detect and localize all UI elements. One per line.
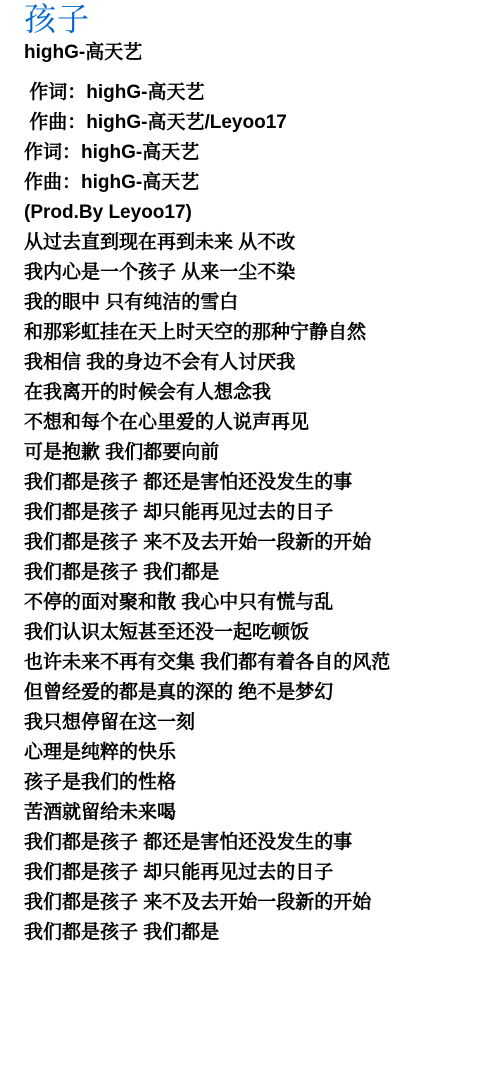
lyric-line: 作曲：highG-高天艺/Leyoo17: [24, 108, 490, 138]
lyric-line: 我只想停留在这一刻: [24, 708, 490, 738]
lyric-line: 我们都是孩子 却只能再见过去的日子: [24, 858, 490, 888]
lyric-line: 作词：highG-高天艺: [24, 138, 490, 168]
lyric-line: 我们认识太短甚至还没一起吃顿饭: [24, 618, 490, 648]
lyric-line: 我相信 我的身边不会有人讨厌我: [24, 348, 490, 378]
lyrics-page: 孩子 highG-高天艺 作词：highG-高天艺 作曲：highG-高天艺/L…: [0, 0, 500, 948]
lyric-line: 我的眼中 只有纯洁的雪白: [24, 288, 490, 318]
lyric-line: 我们都是孩子 来不及去开始一段新的开始: [24, 528, 490, 558]
lyric-line: 我们都是孩子 都还是害怕还没发生的事: [24, 828, 490, 858]
lyric-line: 和那彩虹挂在天上时天空的那种宁静自然: [24, 318, 490, 348]
artist-name: highG-高天艺: [24, 42, 490, 64]
lyrics-block: 作词：highG-高天艺 作曲：highG-高天艺/Leyoo17作词：high…: [24, 78, 490, 948]
lyric-line: 在我离开的时候会有人想念我: [24, 378, 490, 408]
lyric-line: 我们都是孩子 来不及去开始一段新的开始: [24, 888, 490, 918]
lyric-line: 不停的面对聚和散 我心中只有慌与乱: [24, 588, 490, 618]
lyric-line: 我们都是孩子 却只能再见过去的日子: [24, 498, 490, 528]
lyric-line: 我们都是孩子 我们都是: [24, 918, 490, 948]
lyric-line: (Prod.By Leyoo17): [24, 198, 490, 228]
lyric-line: 孩子是我们的性格: [24, 768, 490, 798]
lyric-line: 我们都是孩子 我们都是: [24, 558, 490, 588]
lyric-line: 我们都是孩子 都还是害怕还没发生的事: [24, 468, 490, 498]
lyric-line: 苦酒就留给未来喝: [24, 798, 490, 828]
lyric-line: 可是抱歉 我们都要向前: [24, 438, 490, 468]
lyric-line: 我内心是一个孩子 从来一尘不染: [24, 258, 490, 288]
lyric-line: 作曲：highG-高天艺: [24, 168, 490, 198]
lyric-line: 不想和每个在心里爱的人说声再见: [24, 408, 490, 438]
lyric-line: 作词：highG-高天艺: [24, 78, 490, 108]
song-title[interactable]: 孩子: [24, 2, 490, 36]
lyric-line: 心理是纯粹的快乐: [24, 738, 490, 768]
lyric-line: 也许未来不再有交集 我们都有着各自的风范: [24, 648, 490, 678]
lyric-line: 从过去直到现在再到未来 从不改: [24, 228, 490, 258]
lyric-line: 但曾经爱的都是真的深的 绝不是梦幻: [24, 678, 490, 708]
